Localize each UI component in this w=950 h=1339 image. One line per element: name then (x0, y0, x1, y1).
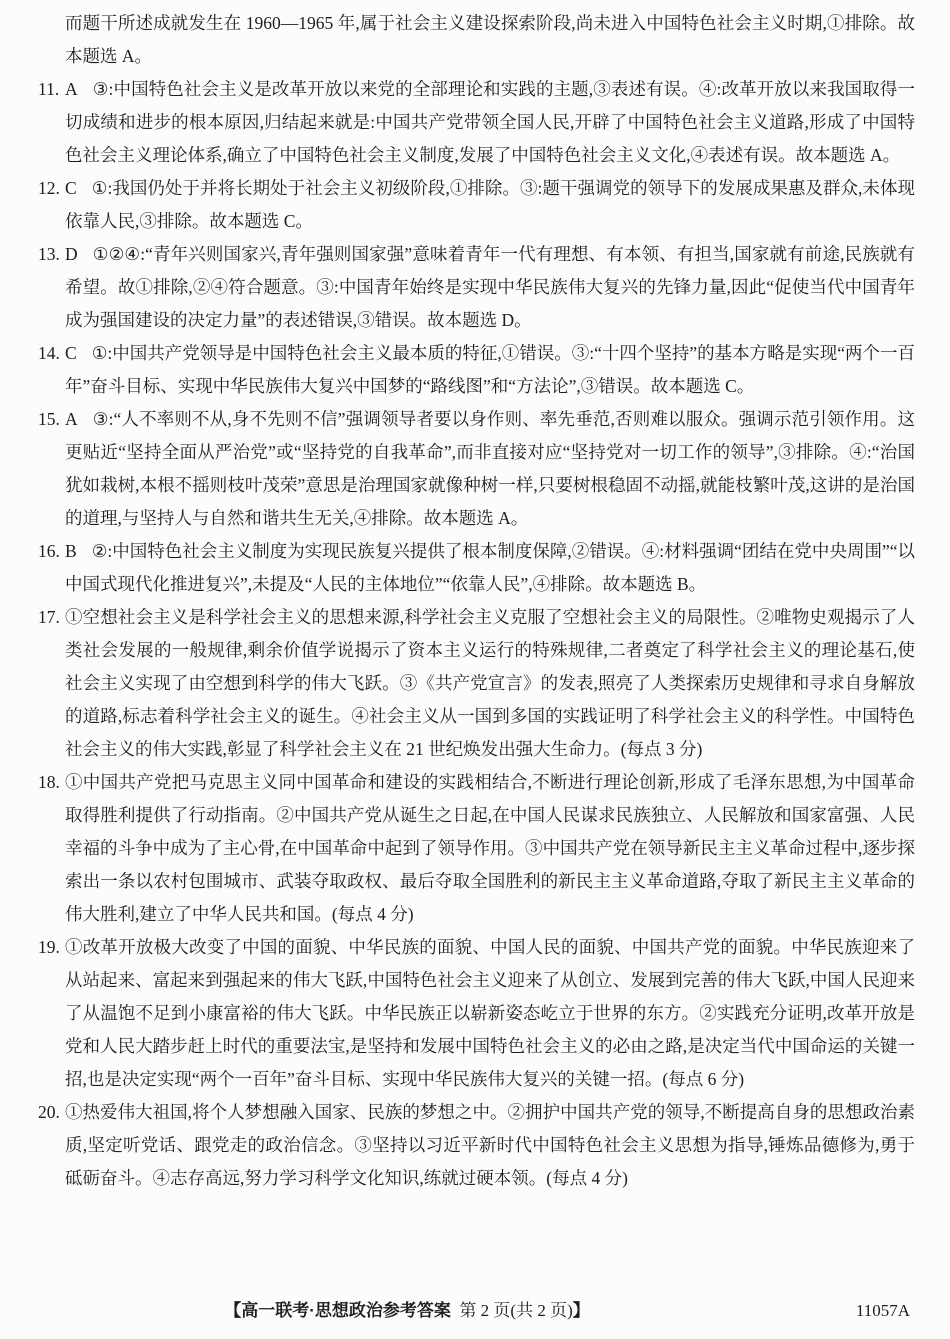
footer-bracket-open: 【 (224, 1301, 241, 1320)
item-explanation: ①②④:“青年兴则国家兴,青年强则国家强”意味着青年一代有理想、有本领、有担当,… (65, 244, 915, 330)
item-number: 13. (38, 238, 60, 271)
answer-item: 11.A③:中国特色社会主义是改革开放以来党的全部理论和实践的主题,③表述有误。… (38, 73, 915, 172)
item-explanation: ②:中国特色社会主义制度为实现民族复兴提供了根本制度保障,②错误。④:材料强调“… (65, 541, 915, 594)
footer-bracket-close: 】 (573, 1301, 590, 1320)
item-explanation: 而题干所述成就发生在 1960—1965 年,属于社会主义建设探索阶段,尚未进入… (65, 13, 915, 66)
document-page: 而题干所述成就发生在 1960—1965 年,属于社会主义建设探索阶段,尚未进入… (0, 0, 950, 1339)
item-explanation: ①空想社会主义是科学社会主义的思想来源,科学社会主义克服了空想社会主义的局限性。… (65, 607, 915, 759)
item-explanation: ①热爱伟大祖国,将个人梦想融入国家、民族的梦想之中。②拥护中国共产党的领导,不断… (65, 1102, 915, 1188)
item-answer-letter: C (65, 343, 77, 363)
footer-title: 高一联考·思想政治参考答案 (241, 1301, 451, 1320)
answer-item: 18.①中国共产党把马克思主义同中国革命和建设的实践相结合,不断进行理论创新,形… (38, 766, 915, 931)
item-answer-letter: A (65, 79, 78, 99)
item-number: 16. (38, 535, 60, 568)
item-number: 14. (38, 337, 60, 370)
answer-item: 14.C①:中国共产党领导是中国特色社会主义最本质的特征,①错误。③:“十四个坚… (38, 337, 915, 403)
page-footer: 【高一联考·思想政治参考答案 第 2 页(共 2 页)】 11057A (0, 1299, 950, 1323)
answer-item: 12.C①:我国仍处于并将长期处于社会主义初级阶段,①排除。③:题干强调党的领导… (38, 172, 915, 238)
item-number: 11. (38, 73, 59, 106)
item-number: 15. (38, 403, 60, 436)
item-explanation: ①中国共产党把马克思主义同中国革命和建设的实践相结合,不断进行理论创新,形成了毛… (65, 772, 915, 924)
item-number: 20. (38, 1096, 60, 1129)
item-explanation: ③:“人不率则不从,身不先则不信”强调领导者要以身作则、率先垂范,否则难以服众。… (65, 409, 915, 528)
item-answer-letter: D (65, 244, 78, 264)
item-number: 19. (38, 931, 60, 964)
answer-item: 15.A③:“人不率则不从,身不先则不信”强调领导者要以身作则、率先垂范,否则难… (38, 403, 915, 535)
item-answer-letter: A (65, 409, 78, 429)
answer-item: 16.B②:中国特色社会主义制度为实现民族复兴提供了根本制度保障,②错误。④:材… (38, 535, 915, 601)
answers-list: 而题干所述成就发生在 1960—1965 年,属于社会主义建设探索阶段,尚未进入… (0, 0, 950, 1195)
item-number: 12. (38, 172, 60, 205)
answer-item: 而题干所述成就发生在 1960—1965 年,属于社会主义建设探索阶段,尚未进入… (38, 7, 915, 73)
item-explanation: ①改革开放极大改变了中国的面貌、中华民族的面貌、中国人民的面貌、中国共产党的面貌… (65, 937, 915, 1089)
item-answer-letter: B (65, 541, 77, 561)
answer-item: 20.①热爱伟大祖国,将个人梦想融入国家、民族的梦想之中。②拥护中国共产党的领导… (38, 1096, 915, 1195)
footer-page-info: 第 2 页(共 2 页) (451, 1301, 573, 1320)
item-number: 18. (38, 766, 60, 799)
item-explanation: ③:中国特色社会主义是改革开放以来党的全部理论和实践的主题,③表述有误。④:改革… (65, 79, 915, 165)
answer-item: 13.D①②④:“青年兴则国家兴,青年强则国家强”意味着青年一代有理想、有本领、… (38, 238, 915, 337)
answer-item: 19.①改革开放极大改变了中国的面貌、中华民族的面貌、中国人民的面貌、中国共产党… (38, 931, 915, 1096)
item-explanation: ①:我国仍处于并将长期处于社会主义初级阶段,①排除。③:题干强调党的领导下的发展… (65, 178, 915, 231)
item-number: 17. (38, 601, 60, 634)
item-explanation: ①:中国共产党领导是中国特色社会主义最本质的特征,①错误。③:“十四个坚持”的基… (65, 343, 915, 396)
answer-item: 17.①空想社会主义是科学社会主义的思想来源,科学社会主义克服了空想社会主义的局… (38, 601, 915, 766)
footer-code: 11057A (856, 1299, 910, 1323)
item-answer-letter: C (65, 178, 77, 198)
footer-title-block: 【高一联考·思想政治参考答案 第 2 页(共 2 页)】 (0, 1299, 882, 1323)
